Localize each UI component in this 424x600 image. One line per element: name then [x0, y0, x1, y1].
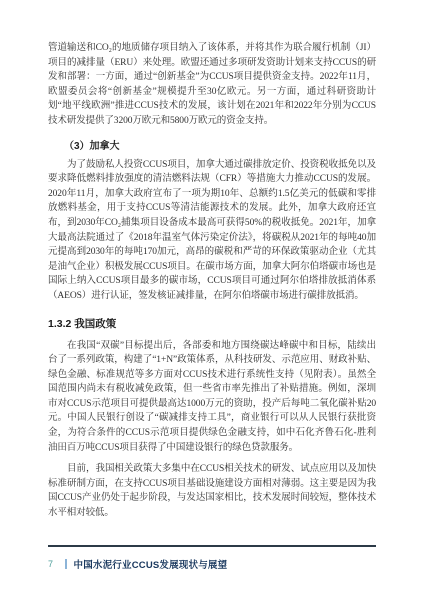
footer-line: 7 中国水泥行业CCUS发展现状与展望 [48, 557, 376, 571]
page-number: 7 [48, 559, 56, 569]
footer-separator-bar [65, 559, 67, 569]
page-footer: 7 中国水泥行业CCUS发展现状与展望 [48, 545, 376, 571]
paragraph-china-policy-2: 目前，我国相关政策大多集中在CCUS相关技术的研发、试点应用以及加快标准研制方面… [48, 462, 376, 520]
heading-china-policy: 1.3.2 我国政策 [48, 316, 376, 331]
paragraph-canada-policy: 为了鼓励私人投资CCUS项目，加拿大通过碳排放定价、投资税收抵免以及要求降低燃料… [48, 158, 376, 304]
page-body: 管道输送和CO₂的地质储存项目纳入了该体系，并将其作为联合履行机制（JI）项目的… [48, 41, 376, 521]
report-page: 管道输送和CO₂的地质储存项目纳入了该体系，并将其作为联合履行机制（JI）项目的… [0, 0, 424, 600]
footer-report-title: 中国水泥行业CCUS发展现状与展望 [74, 557, 228, 571]
footer-divider-rule [48, 545, 376, 547]
heading-canada: （3）加拿大 [48, 137, 376, 152]
paragraph-china-policy-1: 在我国“双碳”目标提出后，各部委和地方围绕碳达峰碳中和目标，陆续出台了一系列政策… [48, 339, 376, 456]
paragraph-eu-funding: 管道输送和CO₂的地质储存项目纳入了该体系，并将其作为联合履行机制（JI）项目的… [48, 41, 376, 129]
